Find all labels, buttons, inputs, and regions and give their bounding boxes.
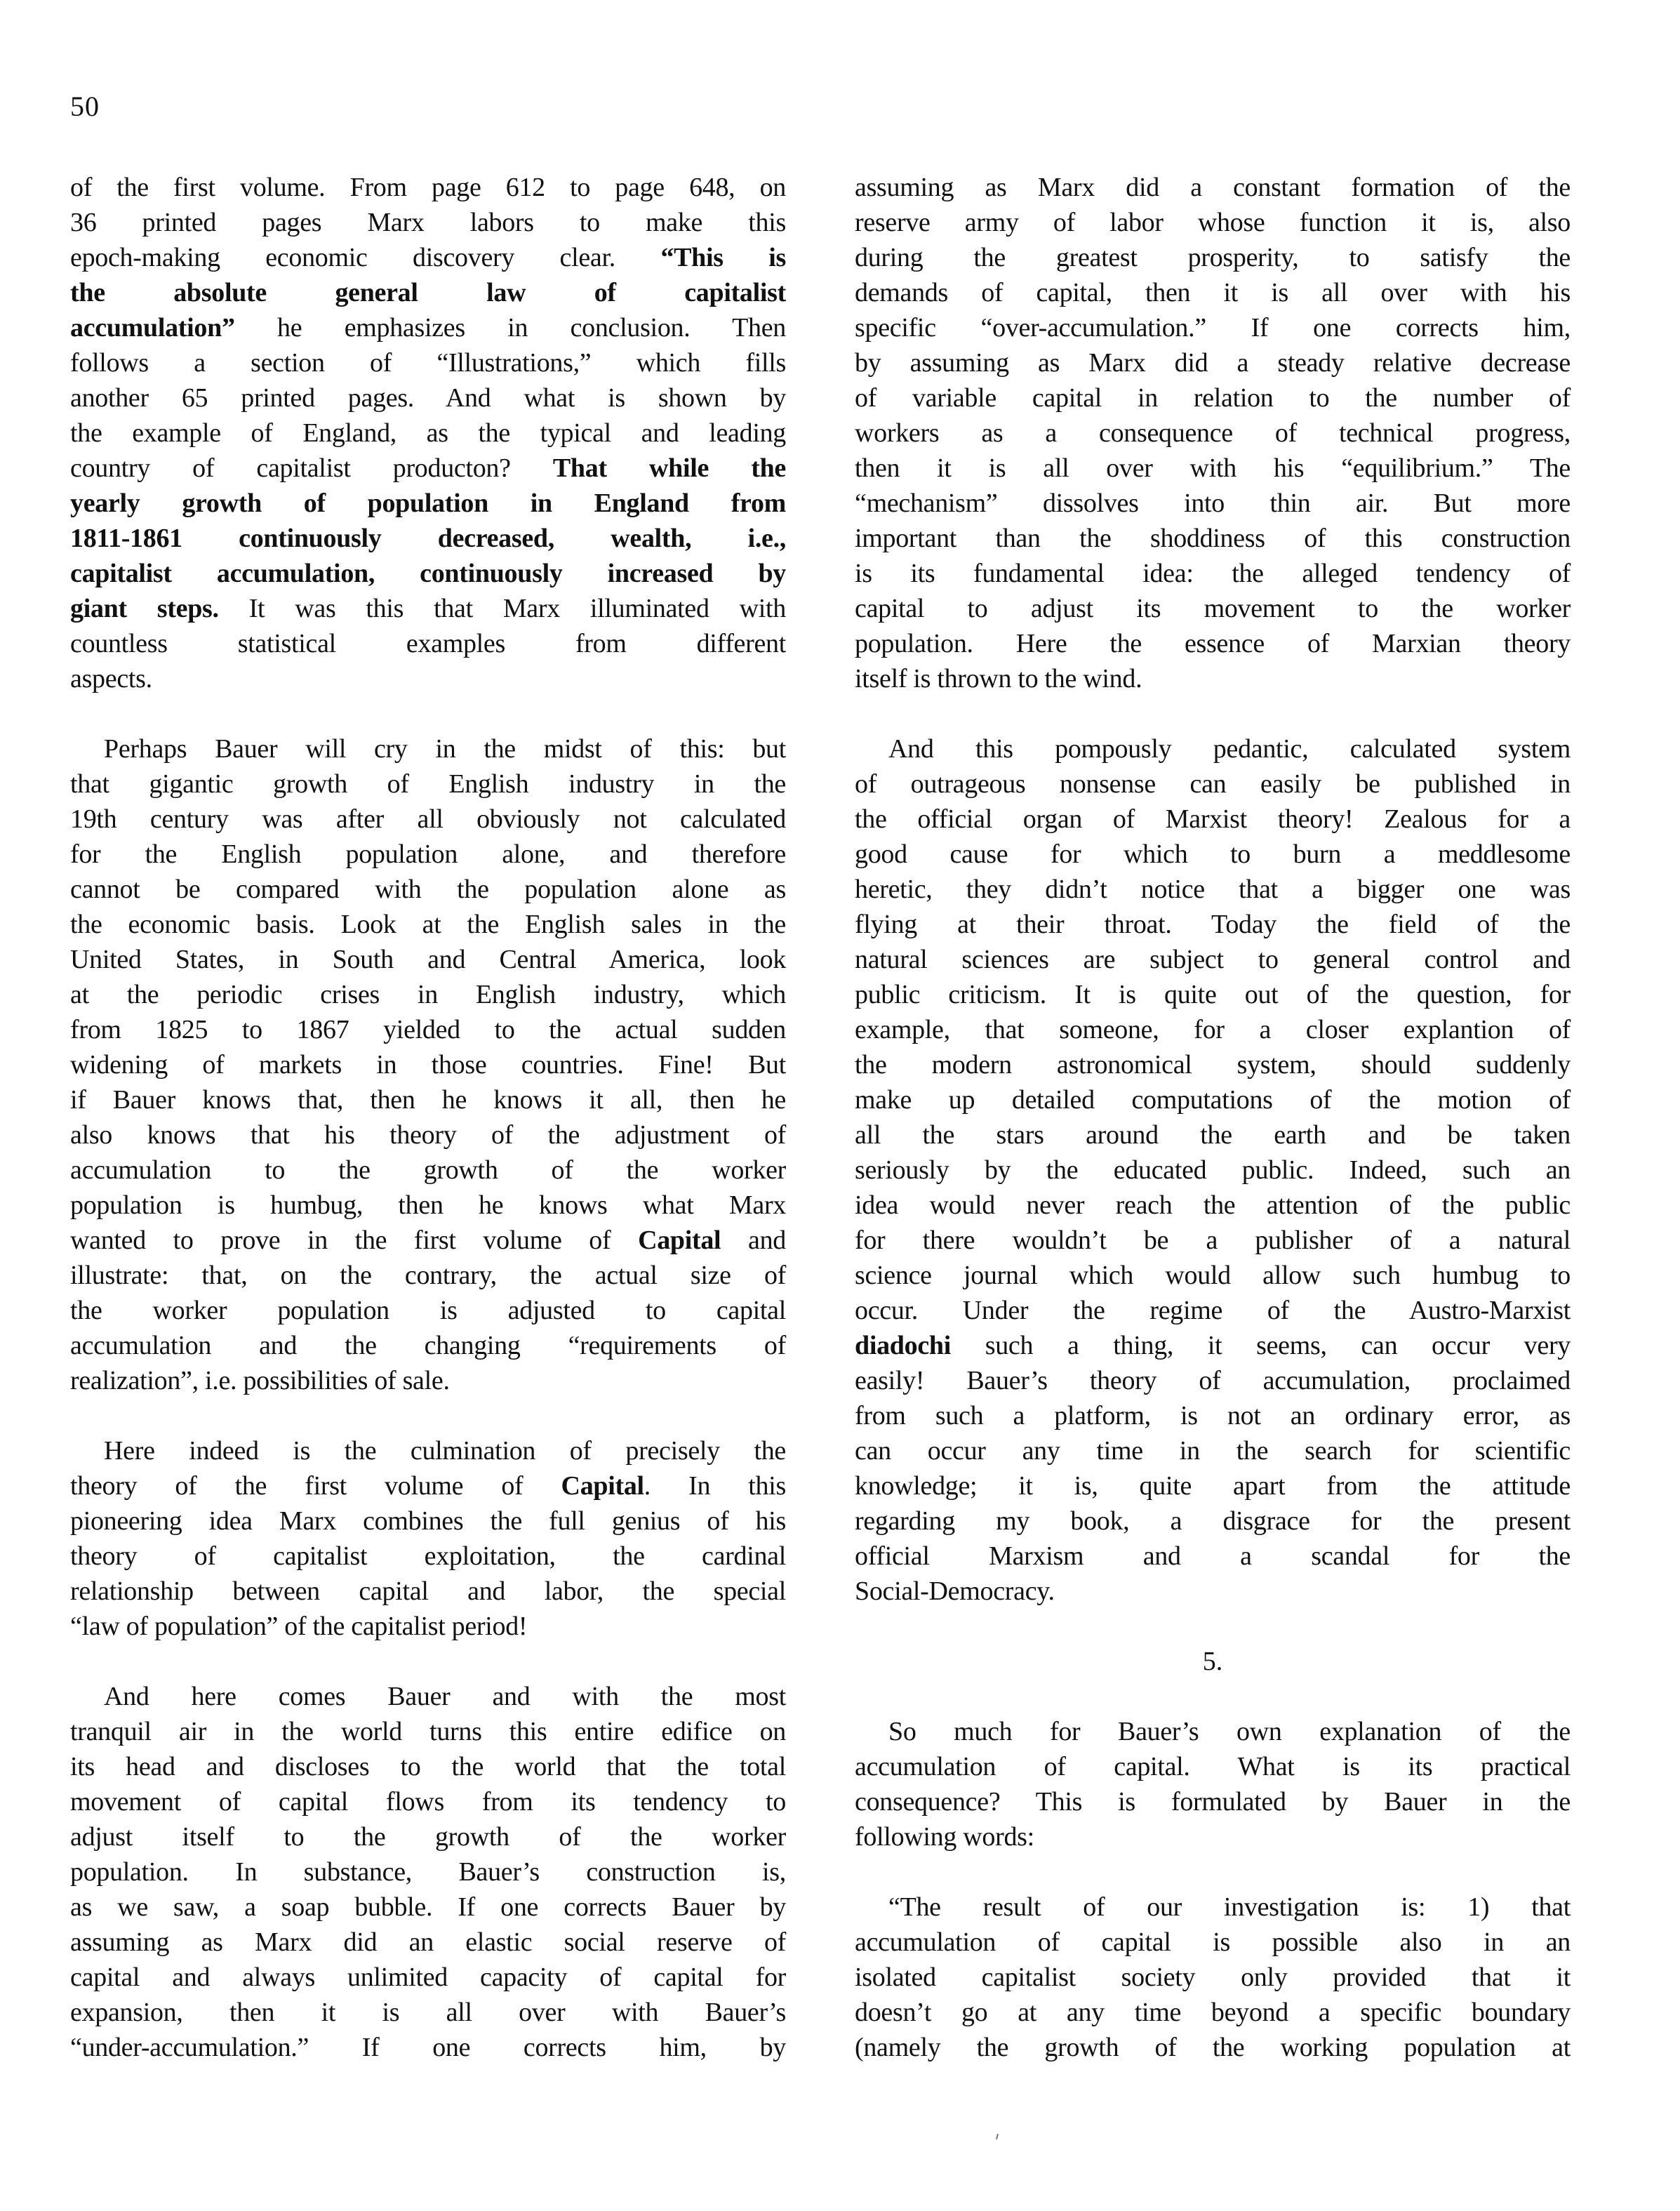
text-line: the modern astronomical system, should s… <box>855 1047 1571 1082</box>
text-line: occur. Under the regime of the Austro-Ma… <box>855 1293 1571 1328</box>
text-line: And here comes Bauer and with the most <box>70 1679 786 1714</box>
text-line: easily! Bauer’s theory of accumulation, … <box>855 1363 1571 1398</box>
text-line: 1811-1861 continuously decreased, wealth… <box>70 521 786 556</box>
text-line: accumulation of capital is possible also… <box>855 1925 1571 1960</box>
text-line: following words: <box>855 1819 1571 1854</box>
text-line: realization”, i.e. possibilities of sale… <box>70 1363 786 1398</box>
text-line: by assuming as Marx did a steady relativ… <box>855 345 1571 380</box>
text-line: of the first volume. From page 612 to pa… <box>70 170 786 205</box>
text-line: seriously by the educated public. Indeed… <box>855 1153 1571 1188</box>
text-line: consequence? This is formulated by Bauer… <box>855 1784 1571 1819</box>
text-line: “law of population” of the capitalist pe… <box>70 1609 786 1644</box>
text-line: flying at their throat. Today the field … <box>855 907 1571 942</box>
text-line: follows a section of “Illustrations,” wh… <box>70 345 786 380</box>
text-line: can occur any time in the search for sci… <box>855 1433 1571 1468</box>
text-line: another 65 printed pages. And what is sh… <box>70 380 786 416</box>
text-line: “under-accumulation.” If one corrects hi… <box>70 2030 786 2065</box>
text-line: capital and always unlimited capacity of… <box>70 1960 786 1995</box>
text-line: public criticism. It is quite out of the… <box>855 977 1571 1012</box>
text-line: (namely the growth of the working popula… <box>855 2030 1571 2065</box>
text-line: accumulation” he emphasizes in conclusio… <box>70 310 786 345</box>
text-line: cannot be compared with the population a… <box>70 872 786 907</box>
text-line: science journal which would allow such h… <box>855 1258 1571 1293</box>
text-line: countless statistical examples from diff… <box>70 626 786 661</box>
text-line: good cause for which to burn a meddlesom… <box>855 837 1571 872</box>
text-line: movement of capital flows from its tende… <box>70 1784 786 1819</box>
text-line: also knows that his theory of the adjust… <box>70 1117 786 1153</box>
text-line: accumulation to the growth of the worker <box>70 1153 786 1188</box>
text-line: workers as a consequence of technical pr… <box>855 416 1571 451</box>
text-line: make up detailed computations of the mot… <box>855 1082 1571 1117</box>
text-line: population. In substance, Bauer’s constr… <box>70 1854 786 1890</box>
paragraph-gap <box>855 696 1571 731</box>
paragraph: assuming as Marx did a constant formatio… <box>855 170 1571 696</box>
text-line: the official organ of Marxist theory! Ze… <box>855 802 1571 837</box>
text-line: official Marxism and a scandal for the <box>855 1539 1571 1574</box>
text-line: during the greatest prosperity, to satis… <box>855 240 1571 275</box>
text-line: capitalist accumulation, continuously in… <box>70 556 786 591</box>
text-line: knowledge; it is, quite apart from the a… <box>855 1468 1571 1503</box>
text-line: “The result of our investigation is: 1) … <box>855 1890 1571 1925</box>
text-line: itself is thrown to the wind. <box>855 661 1571 696</box>
text-line: assuming as Marx did an elastic social r… <box>70 1925 786 1960</box>
scan-speck <box>996 2134 999 2139</box>
text-line: assuming as Marx did a constant formatio… <box>855 170 1571 205</box>
paragraph-gap <box>70 1644 786 1679</box>
text-line: And this pompously pedantic, calculated … <box>855 731 1571 766</box>
text-line: tranquil air in the world turns this ent… <box>70 1714 786 1749</box>
text-line: idea would never reach the attention of … <box>855 1188 1571 1223</box>
text-line: widening of markets in those countries. … <box>70 1047 786 1082</box>
text-line: at the periodic crises in English indust… <box>70 977 786 1012</box>
text-line: heretic, they didn’t notice that a bigge… <box>855 872 1571 907</box>
text-line: pioneering idea Marx combines the full g… <box>70 1503 786 1539</box>
text-line: the worker population is adjusted to cap… <box>70 1293 786 1328</box>
text-line: as we saw, a soap bubble. If one correct… <box>70 1890 786 1925</box>
text-line: population. Here the essence of Marxian … <box>855 626 1571 661</box>
text-line: if Bauer knows that, then he knows it al… <box>70 1082 786 1117</box>
text-line: capital to adjust its movement to the wo… <box>855 591 1571 626</box>
block-quote-paragraph: “The result of our investigation is: 1) … <box>855 1890 1571 2065</box>
text-line: giant steps. It was this that Marx illum… <box>70 591 786 626</box>
paragraph: of the first volume. From page 612 to pa… <box>70 170 786 696</box>
text-line: its head and discloses to the world that… <box>70 1749 786 1784</box>
text-line: for the English population alone, and th… <box>70 837 786 872</box>
text-line: isolated capitalist society only provide… <box>855 1960 1571 1995</box>
text-line: accumulation of capital. What is its pra… <box>855 1749 1571 1784</box>
text-line: 36 printed pages Marx labors to make thi… <box>70 205 786 240</box>
text-line: demands of capital, then it is all over … <box>855 275 1571 310</box>
section-gap <box>855 1609 1571 1644</box>
text-line: important than the shoddiness of this co… <box>855 521 1571 556</box>
paragraph: Here indeed is the culmination of precis… <box>70 1433 786 1644</box>
text-line: all the stars around the earth and be ta… <box>855 1117 1571 1153</box>
text-line: yearly growth of population in England f… <box>70 486 786 521</box>
text-line: the absolute general law of capitalist <box>70 275 786 310</box>
text-line: reserve army of labor whose function it … <box>855 205 1571 240</box>
text-line: So much for Bauer’s own explanation of t… <box>855 1714 1571 1749</box>
text-line: Perhaps Bauer will cry in the midst of t… <box>70 731 786 766</box>
paragraph: Perhaps Bauer will cry in the midst of t… <box>70 731 786 1398</box>
text-line: adjust itself to the growth of the worke… <box>70 1819 786 1854</box>
paragraph: And here comes Bauer and with the mosttr… <box>70 1679 786 2065</box>
text-line: is its fundamental idea: the alleged ten… <box>855 556 1571 591</box>
text-line: of outrageous nonsense can easily be pub… <box>855 766 1571 802</box>
text-line: diadochi such a thing, it seems, can occ… <box>855 1328 1571 1363</box>
text-line: accumulation and the changing “requireme… <box>70 1328 786 1363</box>
text-line: doesn’t go at any time beyond a specific… <box>855 1995 1571 2030</box>
left-column: of the first volume. From page 612 to pa… <box>70 170 786 2065</box>
text-line: natural sciences are subject to general … <box>855 942 1571 977</box>
page-number: 50 <box>70 90 100 124</box>
text-line: aspects. <box>70 661 786 696</box>
text-line: the example of England, as the typical a… <box>70 416 786 451</box>
paragraph: So much for Bauer’s own explanation of t… <box>855 1714 1571 1854</box>
text-line: then it is all over with his “equilibriu… <box>855 451 1571 486</box>
paragraph: And this pompously pedantic, calculated … <box>855 731 1571 1609</box>
paragraph-gap <box>855 1854 1571 1890</box>
text-line: the economic basis. Look at the English … <box>70 907 786 942</box>
text-line: United States, in South and Central Amer… <box>70 942 786 977</box>
text-line: Social-Democracy. <box>855 1574 1571 1609</box>
text-line: from such a platform, is not an ordinary… <box>855 1398 1571 1433</box>
text-line: example, that someone, for a closer expl… <box>855 1012 1571 1047</box>
text-line: 19th century was after all obviously not… <box>70 802 786 837</box>
text-line: specific “over-accumulation.” If one cor… <box>855 310 1571 345</box>
text-line: from 1825 to 1867 yielded to the actual … <box>70 1012 786 1047</box>
text-line: relationship between capital and labor, … <box>70 1574 786 1609</box>
text-line: “mechanism” dissolves into thin air. But… <box>855 486 1571 521</box>
text-line: country of capitalist producton? That wh… <box>70 451 786 486</box>
text-line: for there wouldn’t be a publisher of a n… <box>855 1223 1571 1258</box>
paragraph-gap <box>70 696 786 731</box>
text-line: epoch-making economic discovery clear. “… <box>70 240 786 275</box>
text-line: expansion, then it is all over with Baue… <box>70 1995 786 2030</box>
section-heading: 5. <box>855 1644 1571 1679</box>
text-line: that gigantic growth of English industry… <box>70 766 786 802</box>
text-line: theory of the first volume of Capital. I… <box>70 1468 786 1503</box>
text-line: regarding my book, a disgrace for the pr… <box>855 1503 1571 1539</box>
text-line: population is humbug, then he knows what… <box>70 1188 786 1223</box>
text-line: wanted to prove in the first volume of C… <box>70 1223 786 1258</box>
text-line: of variable capital in relation to the n… <box>855 380 1571 416</box>
text-line: illustrate: that, on the contrary, the a… <box>70 1258 786 1293</box>
section-gap <box>855 1679 1571 1714</box>
paragraph-gap <box>70 1398 786 1433</box>
text-line: theory of capitalist exploitation, the c… <box>70 1539 786 1574</box>
right-column: assuming as Marx did a constant formatio… <box>855 170 1571 2065</box>
text-line: Here indeed is the culmination of precis… <box>70 1433 786 1468</box>
